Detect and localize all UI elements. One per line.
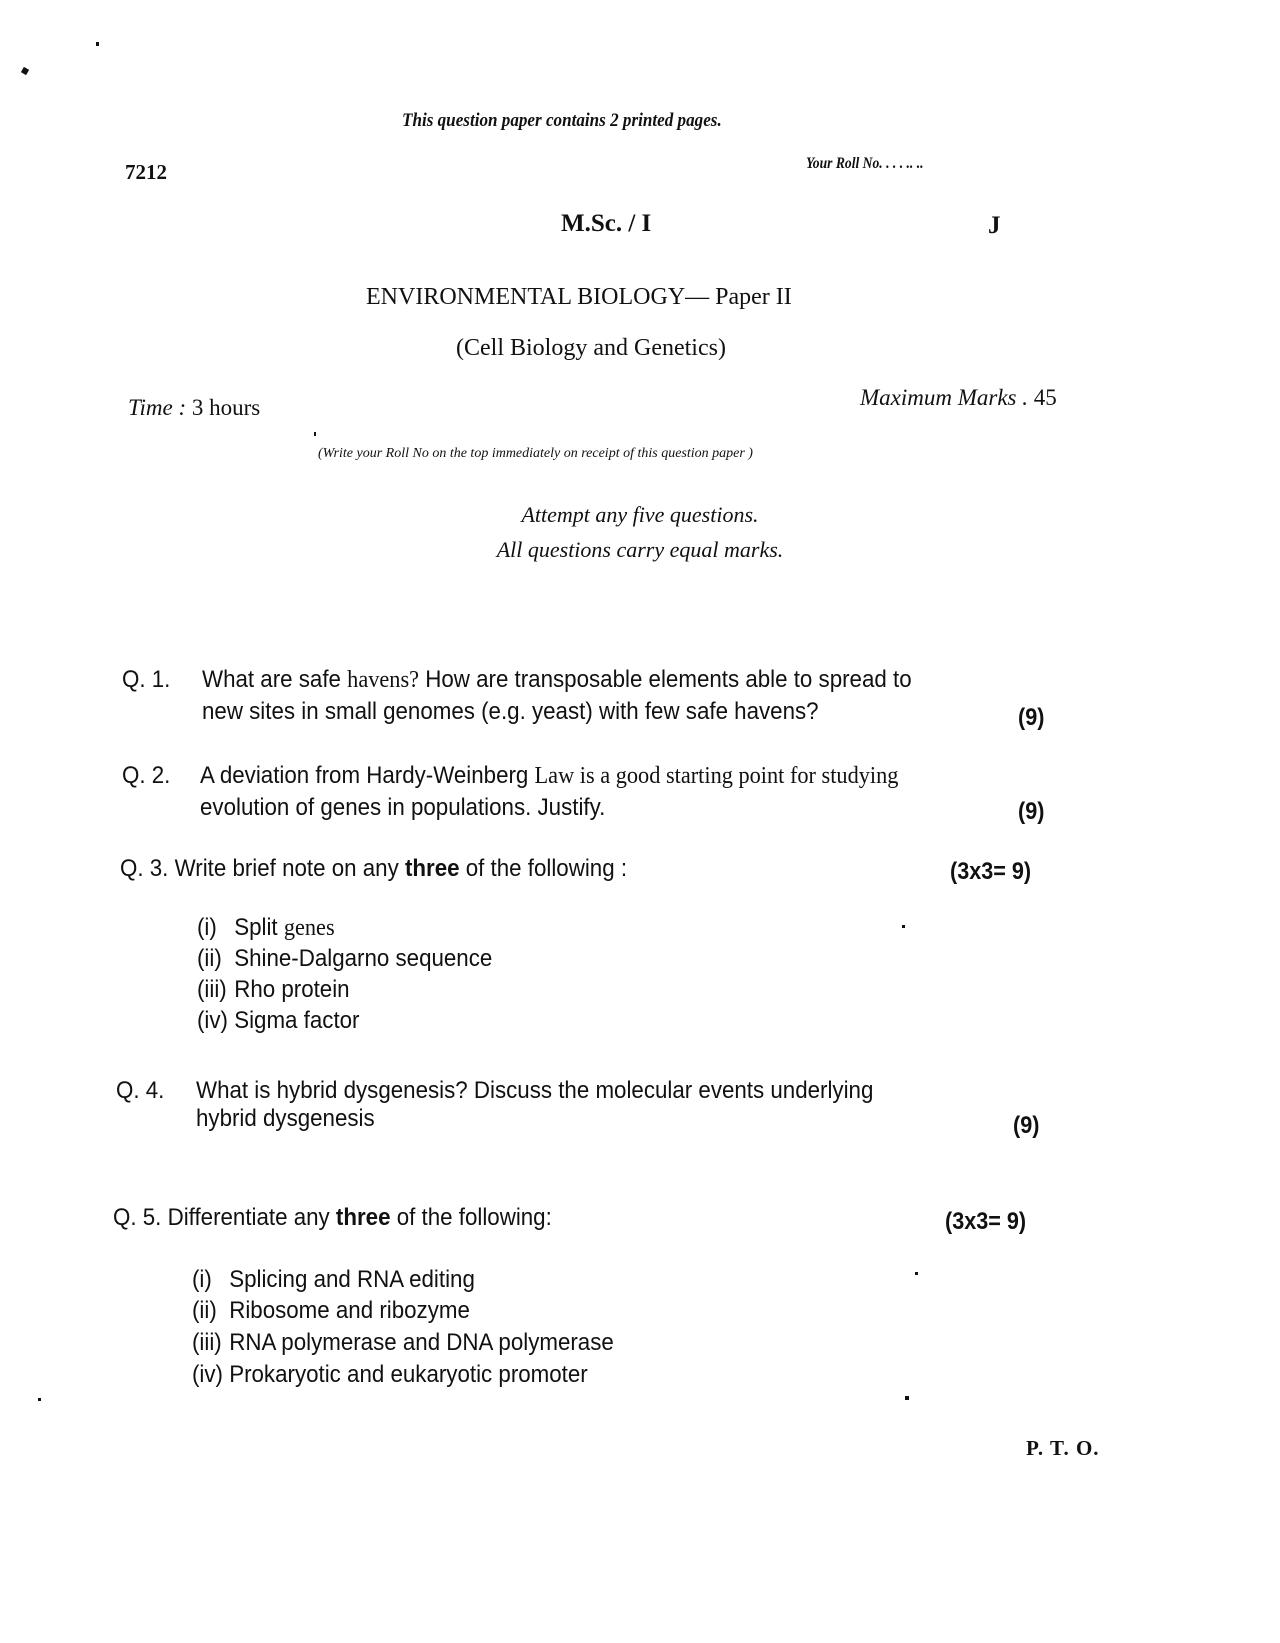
please-turn-over: P. T. O.	[1026, 1436, 1100, 1461]
question-5-item: (i)Splicing and RNA editing	[192, 1264, 475, 1295]
scan-speck	[96, 42, 99, 46]
roll-no-field: Your Roll No. . . . .. ..	[806, 155, 924, 173]
question-5: Q. 5. Differentiate any three of the fol…	[113, 1202, 552, 1233]
set-label: J	[988, 212, 1001, 240]
question-2-number: Q. 2.	[122, 760, 170, 791]
question-3-item: (iii)Rho protein	[197, 974, 350, 1005]
course-label: M.Sc. / I	[561, 210, 651, 238]
question-3: Q. 3. Write brief note on any three of t…	[120, 853, 627, 884]
paper-title: ENVIRONMENTAL BIOLOGY— Paper II	[366, 284, 792, 311]
question-4-line2: hybrid dysgenesis	[196, 1103, 375, 1134]
paper-code: 7212	[125, 160, 167, 185]
question-2-marks: (9)	[1018, 798, 1044, 826]
paper-subtitle: (Cell Biology and Genetics)	[456, 335, 726, 362]
question-5-item: (iv)Prokaryotic and eukaryotic promoter	[192, 1359, 588, 1390]
scan-speck	[905, 1396, 909, 1400]
question-5-number: Q. 5.	[113, 1204, 161, 1231]
question-3-number: Q. 3.	[120, 855, 168, 882]
question-3-marks: (3x3= 9)	[950, 858, 1031, 886]
question-5-marks: (3x3= 9)	[945, 1208, 1026, 1236]
max-marks-label: Maximum Marks .	[860, 385, 1028, 410]
question-1-number: Q. 1.	[122, 664, 170, 695]
question-3-item: (iv)Sigma factor	[197, 1005, 359, 1036]
scan-speck	[21, 67, 29, 75]
scan-speck	[915, 1272, 918, 1275]
roll-instruction: (Write your Roll No on the top immediate…	[318, 446, 753, 462]
scan-speck	[38, 1398, 41, 1401]
instruction-attempt: Attempt any five questions.	[0, 502, 1280, 528]
page-count-notice: This question paper contains 2 printed p…	[402, 110, 722, 132]
question-1-line1: What are safe havens? How are transposab…	[202, 664, 912, 696]
question-3-item: (i)Split genes	[197, 912, 335, 944]
max-marks: Maximum Marks . 45	[860, 385, 1057, 411]
instruction-equal-marks: All questions carry equal marks.	[0, 537, 1280, 563]
question-3-item: (ii)Shine-Dalgarno sequence	[197, 943, 492, 974]
time-allowed: Time : 3 hours	[128, 395, 260, 421]
question-1-line2: new sites in small genomes (e.g. yeast) …	[202, 696, 819, 727]
question-2-line2: evolution of genes in populations. Justi…	[200, 792, 605, 823]
question-4-number: Q. 4.	[116, 1075, 164, 1106]
max-marks-value: 45	[1034, 385, 1057, 410]
time-value: 3 hours	[192, 395, 260, 420]
question-5-item: (iii)RNA polymerase and DNA polymerase	[192, 1327, 614, 1358]
question-4-marks: (9)	[1013, 1112, 1039, 1140]
question-2-line1: A deviation from Hardy-Weinberg Law is a…	[200, 760, 898, 792]
scan-speck	[314, 432, 316, 436]
question-4-line1: What is hybrid dysgenesis? Discuss the m…	[196, 1075, 873, 1106]
question-1-marks: (9)	[1018, 704, 1044, 732]
question-5-item: (ii)Ribosome and ribozyme	[192, 1295, 470, 1326]
time-label: Time :	[128, 395, 186, 420]
scan-speck	[902, 925, 905, 928]
